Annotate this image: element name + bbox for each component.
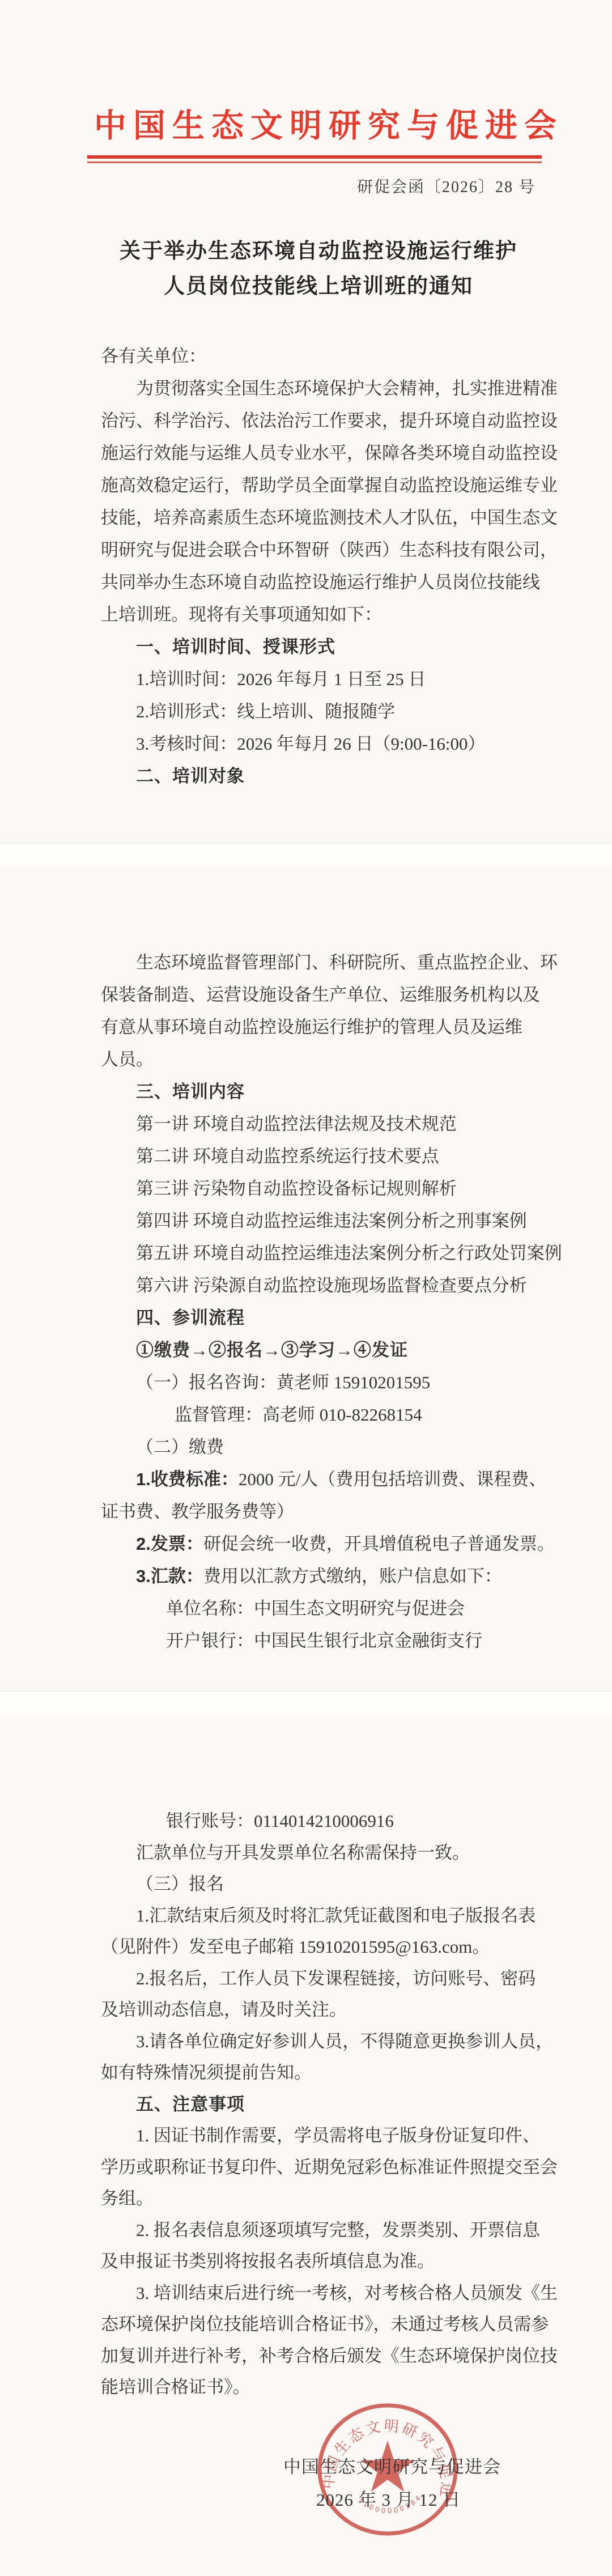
line-text: 2000 元/人（费用包括培训费、课程费、 (239, 1469, 546, 1489)
text-line: 治污、科学治污、依法治污工作要求，提升环境自动监控设 (101, 405, 549, 437)
document-number: 研促会函〔2026〕28 号 (357, 175, 535, 197)
text-line: 单位名称：中国生态文明研究与促进会 (101, 1592, 549, 1625)
text-line: 人员。 (101, 1043, 549, 1076)
letterhead-rule-thin (87, 161, 542, 163)
text-line: 1.收费标准：2000 元/人（费用包括培训费、课程费、 (101, 1463, 549, 1495)
page-break (0, 1691, 612, 1718)
document-title-line2: 人员岗位技能线上培训班的通知 (101, 269, 536, 299)
line-label: 2.发票： (136, 1534, 203, 1554)
text-line: 四、参训流程 (101, 1302, 549, 1334)
signature-date: 2026 年 3 月 12 日 (316, 2485, 461, 2511)
line-label: 1.收费标准： (136, 1469, 239, 1489)
text-line: 2.报名后，工作人员下发课程链接，访问账号、密码 (101, 1963, 549, 1995)
line-text: 研促会统一收费，开具增值税电子普通发票。 (203, 1534, 555, 1554)
text-line: 1.汇款结束后须及时将汇款凭证截图和电子版报名表 (101, 1900, 549, 1932)
text-line: 施高效稳定运行，帮助学员全面掌握自动监控设施运维专业 (101, 469, 549, 501)
text-line: 银行账号：0114014210006916 (101, 1805, 549, 1837)
text-line: 为贯彻落实全国生态环境保护大会精神，扎实推进精准 (101, 372, 549, 405)
text-line: 生态环境监督管理部门、科研院所、重点监控企业、环 (101, 946, 549, 979)
page-2-body: 生态环境监督管理部门、科研院所、重点监控企业、环保装备制造、运营设施设备生产单位… (101, 946, 549, 1657)
line-label: 3.汇款： (136, 1566, 203, 1586)
text-line: 明研究与促进会联合中环智研（陕西）生态科技有限公司， (101, 534, 549, 566)
text-line: 第一讲 环境自动监控法律法规及技术规范 (101, 1108, 549, 1140)
text-line: 第二讲 环境自动监控系统运行技术要点 (101, 1140, 549, 1172)
text-line: 加复训并进行补考，补考合格后颁发《生态环境保护岗位技 (101, 2340, 549, 2372)
text-line: 3. 培训结束后进行统一考核，对考核合格人员颁发《生 (101, 2277, 549, 2309)
signature-org-name: 中国生态文明研究与促进会 (283, 2452, 501, 2478)
page-break (0, 843, 612, 866)
text-line: 第四讲 环境自动监控运维违法案例分析之刑事案例 (101, 1205, 549, 1237)
text-line: 如有特殊情况须提前告知。 (101, 2057, 549, 2089)
text-line: （一）报名咨询：黄老师 15910201595 (101, 1366, 549, 1398)
text-line: 共同举办生态环境自动监控设施运行维护人员岗位技能线 (101, 566, 549, 598)
page-3-body: 银行账号：0114014210006916汇款单位与开具发票单位名称需保持一致。… (101, 1805, 549, 2403)
text-line: 有意从事环境自动监控设施运行维护的管理人员及运维 (101, 1011, 549, 1043)
text-line: 务组。 (101, 2183, 549, 2214)
text-line: 监督管理：高老师 010-82268154 (101, 1398, 549, 1431)
text-line: 1.培训时间：2026 年每月 1 日至 25 日 (101, 663, 549, 695)
text-line: 及培训动态信息，请及时关注。 (101, 1994, 549, 2026)
text-line: 开户银行：中国民生银行北京金融街支行 (101, 1625, 549, 1657)
page-edge-shadow (0, 843, 612, 844)
text-line: 3.请各单位确定好参训人员，不得随意更换参训人员， (101, 2026, 549, 2058)
page-edge-shadow (0, 1690, 612, 1692)
text-line: 学历或职称证书复印件、近期免冠彩色标准证件照提交至会 (101, 2152, 549, 2183)
text-line: （三）报名 (101, 1868, 549, 1900)
text-line: 各有关单位： (101, 340, 549, 372)
text-line: 第三讲 污染物自动监控设备标记规则解析 (101, 1172, 549, 1205)
line-text: 费用以汇款方式缴纳，账户信息如下： (203, 1566, 502, 1586)
text-line: 第五讲 环境自动监控运维违法案例分析之行政处罚案例 (101, 1237, 549, 1269)
document-title-line1: 关于举办生态环境自动监控设施运行维护 (101, 233, 536, 264)
text-line: （二）缴费 (101, 1431, 549, 1463)
page-1-body: 各有关单位：为贯彻落实全国生态环境保护大会精神，扎实推进精准治污、科学治污、依法… (101, 340, 549, 792)
text-line: 上培训班。现将有关事项通知如下： (101, 598, 549, 631)
text-line: 及申报证书类别将按报名表所填信息为准。 (101, 2246, 549, 2277)
text-line: 能培训合格证书》。 (101, 2371, 549, 2403)
text-line: 1. 因证书制作需要，学员需将电子版身份证复印件、 (101, 2120, 549, 2152)
text-line: 3.考核时间：2026 年每月 26 日（9:00-16:00） (101, 728, 549, 760)
text-line: （见附件）发至电子邮箱 15910201595@163.com。 (101, 1931, 549, 1963)
text-line: 保装备制造、运营设施设备生产单位、运维服务机构以及 (101, 979, 549, 1011)
text-line: 施运行效能与运维人员专业水平，保障各类环境自动监控设 (101, 437, 549, 469)
text-line: 2.培训形式：线上培训、随报随学 (101, 695, 549, 728)
text-line: 汇款单位与开具发票单位名称需保持一致。 (101, 1837, 549, 1869)
text-line: ①缴费→②报名→③学习→④发证 (101, 1334, 549, 1366)
text-line: 3.汇款：费用以汇款方式缴纳，账户信息如下： (101, 1560, 549, 1592)
text-line: 证书费、教学服务费等） (101, 1495, 549, 1528)
text-line: 2.发票：研促会统一收费，开具增值税电子普通发票。 (101, 1528, 549, 1560)
text-line: 技能，培养高素质生态环境监测技术人才队伍，中国生态文 (101, 501, 549, 534)
text-line: 二、培训对象 (101, 760, 549, 792)
text-line: 三、培训内容 (101, 1076, 549, 1108)
text-line: 态环境保护岗位技能培训合格证书》，未通过考核人员需参 (101, 2309, 549, 2340)
text-line: 一、培训时间、授课形式 (101, 631, 549, 663)
letterhead-rule-thick (87, 155, 542, 159)
letterhead-org-name: 中国生态文明研究与促进会 (87, 100, 542, 146)
text-line: 第六讲 污染源自动监控设施现场监督检查要点分析 (101, 1269, 549, 1302)
text-line: 五、注意事项 (101, 2089, 549, 2120)
text-line: 2. 报名表信息须逐项填写完整，发票类别、开票信息 (101, 2214, 549, 2246)
